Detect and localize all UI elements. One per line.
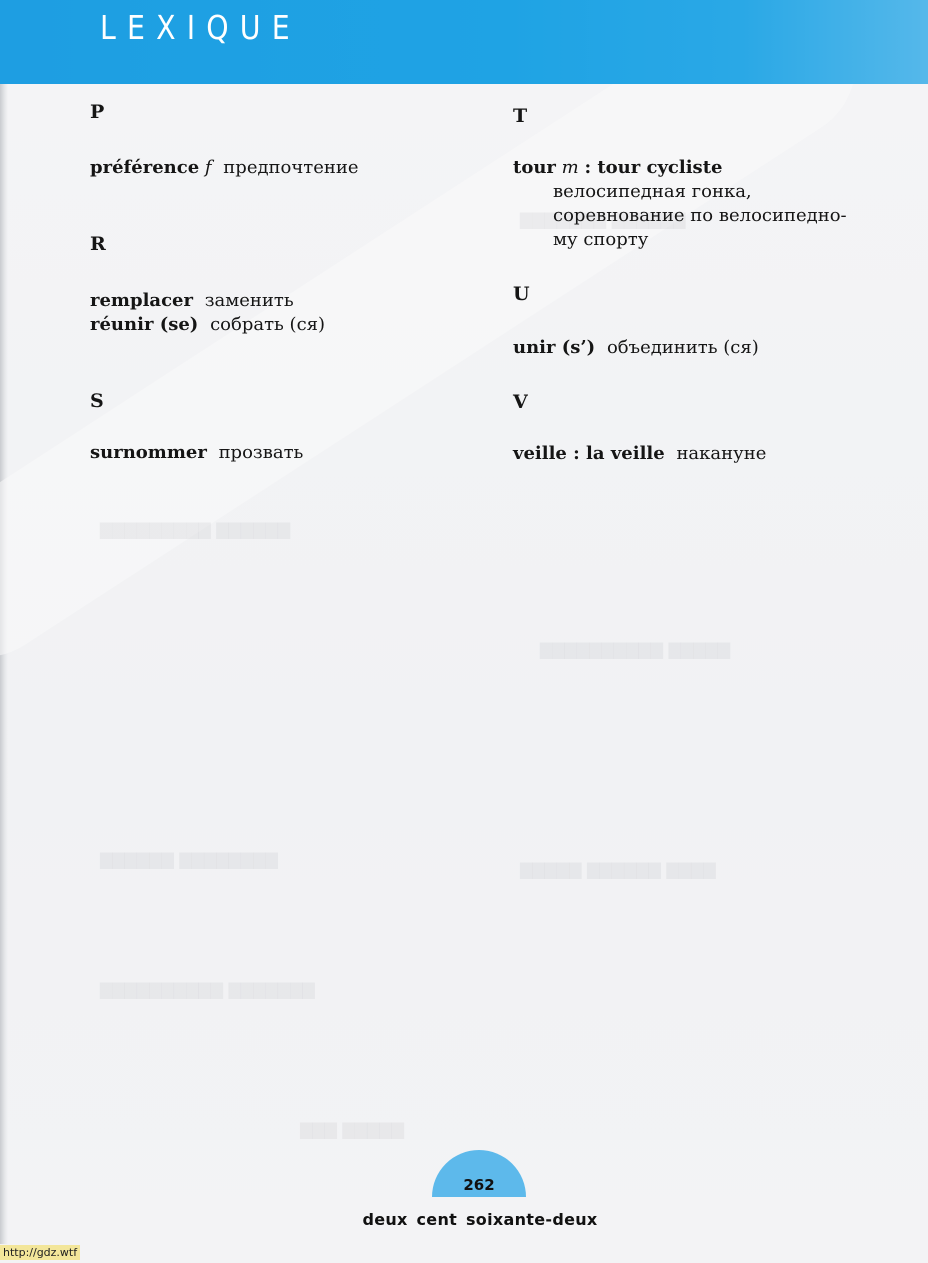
section-letter: T: [513, 104, 913, 128]
section-letter: P: [90, 100, 490, 124]
section-letter: U: [513, 282, 913, 306]
entry-translation: заменить: [205, 290, 294, 311]
bleed-through-texture: ▇▇▇▇▇▇▇▇ ▇▇▇▇▇▇: [100, 850, 278, 869]
section-u: U unir (s’) объединить (ся): [513, 282, 913, 360]
dictionary-entry: préférence f предпочтение: [90, 156, 490, 180]
page-number-words: deux cent soixante-deux: [330, 1210, 630, 1229]
page-binding-edge: [0, 84, 8, 1244]
entry-translation: предпочтение: [223, 157, 358, 178]
section-r: R remplacer заменить réunir (se) собрать…: [90, 232, 490, 337]
dictionary-entry: réunir (se) собрать (ся): [90, 313, 490, 337]
entry-translation: собрать (ся): [210, 314, 325, 335]
left-column: P préférence f предпочтение R remplacer …: [90, 100, 490, 465]
dictionary-entry: veille : la veille накануне: [513, 442, 913, 466]
entry-word: unir (s’): [513, 337, 595, 358]
dictionary-entry: surnommer прозвать: [90, 441, 490, 465]
section-s: S surnommer прозвать: [90, 389, 490, 465]
entry-word: remplacer: [90, 290, 193, 311]
entry-word: tour: [513, 157, 556, 178]
source-watermark-link[interactable]: http://gdz.wtf: [0, 1245, 80, 1260]
entry-translation: объединить (ся): [607, 337, 759, 358]
dictionary-entry: unir (s’) объединить (ся): [513, 336, 913, 360]
dictionary-entry: remplacer заменить: [90, 289, 490, 313]
entry-word: préférence: [90, 157, 199, 178]
entry-gender: m: [562, 157, 579, 178]
entry-word: veille : la veille: [513, 443, 665, 464]
entry-subphrase: : tour cycliste: [584, 157, 722, 178]
section-v: V veille : la veille накануне: [513, 390, 913, 466]
entry-translation-line: соревнование по велосипедно-: [513, 204, 913, 228]
bleed-through-texture: ▇▇▇▇ ▇▇▇▇▇▇ ▇▇▇▇▇: [520, 860, 716, 879]
bleed-through-texture: ▇▇▇▇▇▇▇ ▇▇▇▇▇▇▇▇▇▇: [100, 980, 315, 999]
entry-translation-line: велосипедная гонка,: [513, 180, 913, 204]
entry-word: réunir (se): [90, 314, 198, 335]
section-letter: S: [90, 389, 490, 413]
page-number: 262: [432, 1176, 526, 1194]
entry-word: surnommer: [90, 442, 207, 463]
lexique-header-band: LEXIQUE: [0, 0, 928, 84]
bleed-through-texture: ▇▇▇▇▇ ▇▇▇: [300, 1120, 404, 1139]
entry-translation: накануне: [676, 443, 766, 464]
entry-gender: f: [205, 157, 212, 178]
page-title: LEXIQUE: [100, 8, 301, 47]
entry-translation: прозвать: [219, 442, 304, 463]
bleed-through-texture: ▇▇▇▇▇ ▇▇▇▇▇▇▇▇▇▇: [540, 640, 730, 659]
section-letter: R: [90, 232, 490, 256]
section-t: T tour m : tour cycliste велосипедная го…: [513, 104, 913, 252]
entry-translation-line: му спорту: [513, 228, 913, 252]
section-letter: V: [513, 390, 913, 414]
dictionary-entry: tour m : tour cycliste велосипедная гонк…: [513, 156, 913, 252]
bleed-through-texture: ▇▇▇▇▇▇ ▇▇▇▇▇▇▇▇▇: [100, 520, 290, 539]
right-column: T tour m : tour cycliste велосипедная го…: [513, 104, 913, 466]
section-p: P préférence f предпочтение: [90, 100, 490, 180]
